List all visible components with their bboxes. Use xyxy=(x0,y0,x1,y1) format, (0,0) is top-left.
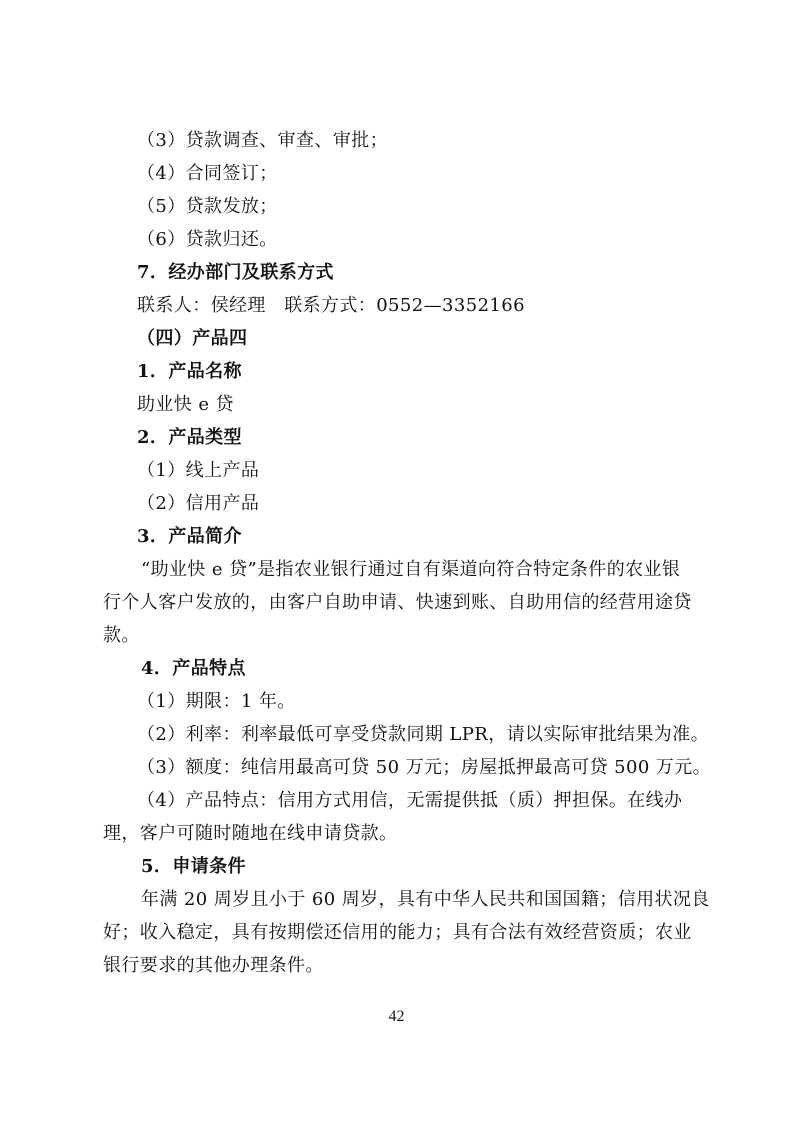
conditions-line: 银行要求的其他办理条件。 xyxy=(103,949,693,982)
process-step: （4）合同签订； xyxy=(103,157,693,190)
section-heading-contact: 7．经办部门及联系方式 xyxy=(103,256,693,289)
product-name: 助业快 e 贷 xyxy=(103,388,693,421)
process-step: （5）贷款发放； xyxy=(103,190,693,223)
section-heading-type: 2．产品类型 xyxy=(103,421,693,454)
product-type: （2）信用产品 xyxy=(103,487,693,520)
section-heading-conditions: 5．申请条件 xyxy=(103,850,693,883)
product-type: （1）线上产品 xyxy=(103,454,693,487)
process-step: （3）贷款调查、审查、审批； xyxy=(103,124,693,157)
product-title: （四）产品四 xyxy=(103,322,693,355)
feature-item: （2）利率：利率最低可享受贷款同期 LPR，请以实际审批结果为准。 xyxy=(103,718,693,751)
feature-item: （1）期限：1 年。 xyxy=(103,685,693,718)
feature-item-continued: 理，客户可随时随地在线申请贷款。 xyxy=(103,817,693,850)
intro-line: 款。 xyxy=(103,619,693,652)
document-page: （3）贷款调查、审查、审批； （4）合同签订； （5）贷款发放； （6）贷款归还… xyxy=(103,124,693,982)
contact-info: 联系人：侯经理 联系方式：0552—3352166 xyxy=(103,289,693,322)
section-heading-intro: 3．产品简介 xyxy=(103,520,693,553)
feature-item: （3）额度：纯信用最高可贷 50 万元；房屋抵押最高可贷 500 万元。 xyxy=(103,751,693,784)
page-number: 42 xyxy=(0,1008,793,1026)
conditions-line: 年满 20 周岁且小于 60 周岁，具有中华人民共和国国籍；信用状况良 xyxy=(103,883,693,916)
section-heading-name: 1．产品名称 xyxy=(103,355,693,388)
conditions-line: 好；收入稳定，具有按期偿还信用的能力；具有合法有效经营资质；农业 xyxy=(103,916,693,949)
section-heading-features: 4．产品特点 xyxy=(103,652,693,685)
intro-line: “助业快 e 贷”是指农业银行通过自有渠道向符合特定条件的农业银 xyxy=(103,553,693,586)
intro-line: 行个人客户发放的，由客户自助申请、快速到账、自助用信的经营用途贷 xyxy=(103,586,693,619)
process-step: （6）贷款归还。 xyxy=(103,223,693,256)
feature-item: （4）产品特点：信用方式用信，无需提供抵（质）押担保。在线办 xyxy=(103,784,693,817)
